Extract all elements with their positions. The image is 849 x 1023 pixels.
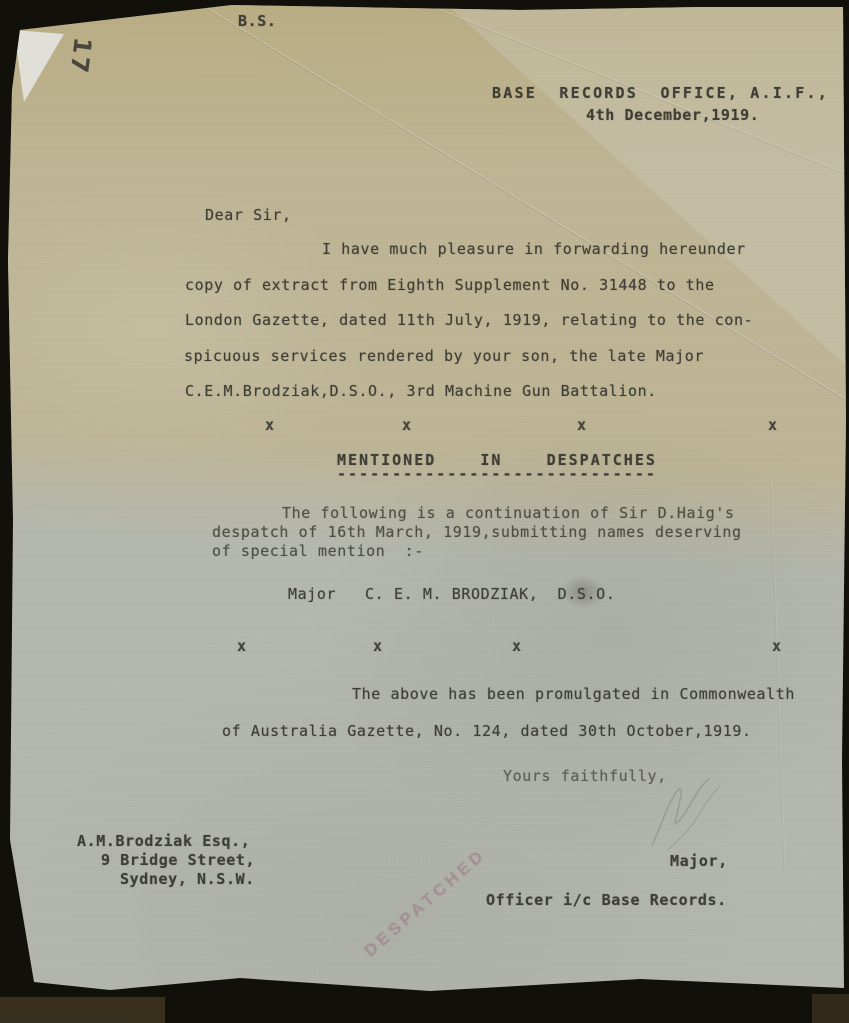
letterhead-date: 4th December,1919. xyxy=(586,106,759,124)
salutation: Dear Sir, xyxy=(205,206,292,224)
body-line: London Gazette, dated 11th July, 1919, r… xyxy=(185,311,753,329)
corner-note: B.S. xyxy=(238,12,277,30)
x-separator: x xyxy=(265,416,274,434)
signature-title: Officer i/c Base Records. xyxy=(486,891,727,909)
letter-paper: B.S. 17 BASE RECORDS OFFICE, A.I.F., 4th… xyxy=(0,0,849,1023)
x-separator: x xyxy=(237,637,246,655)
scanned-letter: B.S. 17 BASE RECORDS OFFICE, A.I.F., 4th… xyxy=(0,0,849,1023)
signature-rank: Major, xyxy=(670,852,728,870)
body-line: spicuous services rendered by your son, … xyxy=(184,347,704,365)
recipient-line: Sydney, N.S.W. xyxy=(120,870,255,888)
x-separator: x xyxy=(772,637,781,655)
scan-edge-smudge xyxy=(812,994,849,1023)
honoree-name-line: Major C. E. M. BRODZIAK, D.S.O. xyxy=(288,585,615,603)
recipient-line: A.M.Brodziak Esq., xyxy=(77,832,250,850)
scan-edge-smudge xyxy=(0,997,165,1023)
x-separator: x xyxy=(512,637,521,655)
despatched-stamp: DESPATCHED xyxy=(360,845,490,962)
body-line: C.E.M.Brodziak,D.S.O., 3rd Machine Gun B… xyxy=(185,382,657,400)
fold-crease xyxy=(770,480,786,880)
body-line: I have much pleasure in forwarding hereu… xyxy=(322,240,746,258)
body-line: copy of extract from Eighth Supplement N… xyxy=(185,276,715,294)
x-separator: x xyxy=(577,416,586,434)
extract-line: of special mention :- xyxy=(212,542,424,560)
x-separator: x xyxy=(768,416,777,434)
pencil-signature xyxy=(638,772,753,857)
body-line: of Australia Gazette, No. 124, dated 30t… xyxy=(222,722,752,740)
extract-line: despatch of 16th March, 1919,submitting … xyxy=(212,523,742,541)
pencil-annotation: 17 xyxy=(65,36,97,77)
heading-underline: ----------------------------- xyxy=(337,465,657,483)
recipient-line: 9 Bridge Street, xyxy=(101,851,255,869)
x-separator: x xyxy=(402,416,411,434)
body-line: The above has been promulgated in Common… xyxy=(352,685,795,703)
extract-line: The following is a continuation of Sir D… xyxy=(282,504,735,522)
x-separator: x xyxy=(373,637,382,655)
letterhead-office: BASE RECORDS OFFICE, A.I.F., xyxy=(492,84,829,102)
